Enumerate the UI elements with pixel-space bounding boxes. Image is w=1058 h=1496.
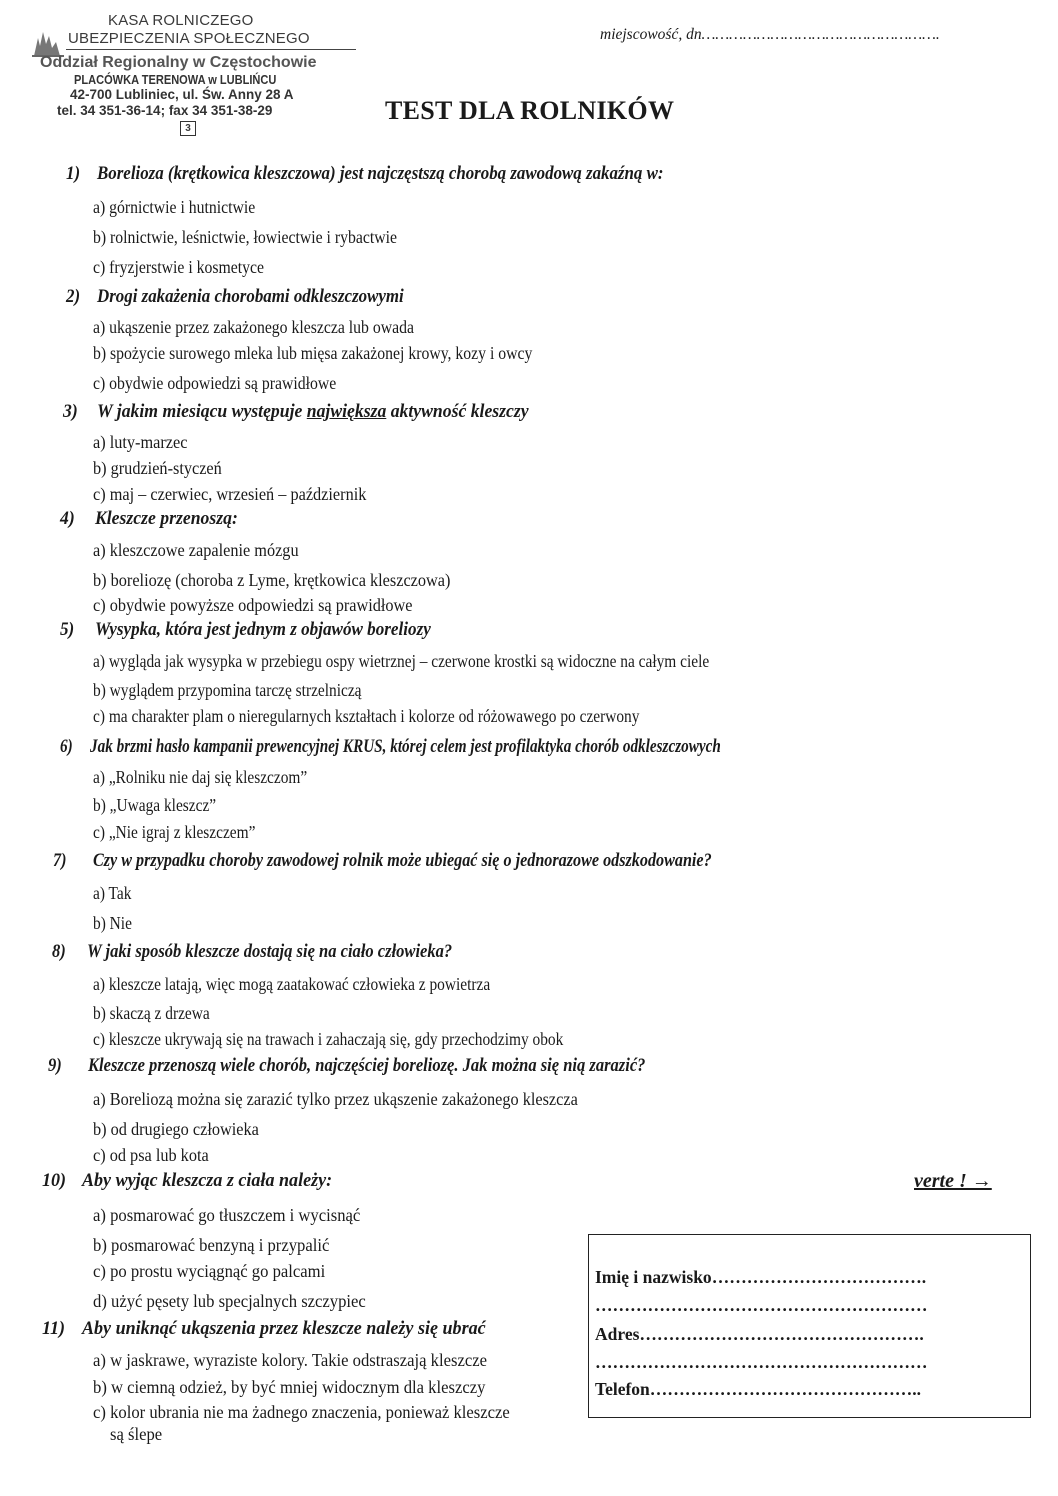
page-title: TEST DLA ROLNIKÓW [385,96,674,126]
question-number: 4) [60,508,95,530]
question-4: 4)Kleszcze przenoszą: [60,508,238,530]
answer-option[interactable]: b) grudzień-styczeń [93,458,222,479]
question-number: 9) [48,1055,88,1077]
answer-option[interactable]: b) Nie [93,913,132,934]
question-text: Drogi zakażenia chorobami odkleszczowymi [97,286,404,307]
question-6: 6)Jak brzmi hasło kampanii prewencyjnej … [60,736,721,758]
question-text: W jaki sposób kleszcze dostają się na ci… [87,941,452,962]
stamp-number: 3 [180,121,196,136]
place-date-label: miejscowość, dn [600,26,702,43]
answer-option[interactable]: d) użyć pęsety lub specjalnych szczypiec [93,1291,366,1312]
stamp-line-5: 42-700 Lubliniec, ul. Św. Anny 28 A [70,87,294,102]
answer-option[interactable]: c) „Nie igraj z kleszczem” [93,822,255,843]
answer-option[interactable]: b) posmarować benzyną i przypalić [93,1235,329,1256]
answer-option[interactable]: c) maj – czerwiec, wrzesień – październi… [93,484,366,505]
question-text: Jak brzmi hasło kampanii prewencyjnej KR… [90,736,721,757]
answer-option[interactable]: c) kleszcze ukrywają się na trawach i za… [93,1029,563,1050]
answer-option[interactable]: b) „Uwaga kleszcz” [93,795,216,816]
answer-option[interactable]: b) skaczą z drzewa [93,1003,210,1024]
question-9: 9)Kleszcze przenoszą wiele chorób, najcz… [48,1055,645,1077]
answer-option[interactable]: a) w jaskrawe, wyraziste kolory. Takie o… [93,1350,487,1371]
place-date-field[interactable]: miejscowość, dn……………………………………………. [600,26,940,44]
question-7: 7)Czy w przypadku choroby zawodowej roln… [53,850,712,872]
stamp-line-1: KASA ROLNICZEGO [108,12,254,29]
name-dots: ………………………………. [712,1267,926,1287]
phone-label: Telefon [595,1379,650,1399]
address-continuation-line[interactable]: ………………………………………………… [595,1352,928,1373]
question-5: 5)Wysypka, która jest jednym z objawów b… [60,619,431,641]
answer-option[interactable]: a) wygląda jak wysypka w przebiegu ospy … [93,651,709,672]
stamp-line-3: Oddział Regionalny w Częstochowie [40,54,316,72]
question-text: Kleszcze przenoszą: [95,508,238,529]
question-text: Czy w przypadku choroby zawodowej rolnik… [93,850,712,871]
answer-option[interactable]: a) górnictwie i hutnictwie [93,197,255,218]
answer-option[interactable]: są ślepe [110,1424,162,1445]
address-label: Adres [595,1324,639,1344]
answer-option[interactable]: b) w ciemną odzież, by być mniej widoczn… [93,1377,485,1398]
answer-option[interactable]: a) kleszczowe zapalenie mózgu [93,540,299,561]
answer-option[interactable]: b) wyglądem przypomina tarczę strzelnicz… [93,680,362,701]
question-text: Borelioza (krętkowica kleszczowa) jest n… [97,163,664,184]
stamp-line-4: PLACÓWKA TERENOWA w LUBLIŃCU [74,72,276,87]
question-number: 1) [66,163,97,185]
address-field[interactable]: Adres…………………………………………. [595,1324,924,1345]
verte-link: verte ! → [914,1170,992,1193]
name-continuation-line[interactable]: ………………………………………………… [595,1295,928,1316]
question-text: Aby uniknąć ukąszenia przez kleszcze nal… [82,1318,486,1339]
question-text: Aby wyjąc kleszcza z ciała należy: [82,1170,332,1191]
question-text: W jakim miesiącu występuje największa ak… [97,401,529,422]
question-number: 11) [42,1318,82,1340]
stamp-divider [66,49,356,50]
name-label: Imię i nazwisko [595,1267,712,1287]
answer-option[interactable]: c) po prostu wyciągnąć go palcami [93,1261,325,1282]
answer-option[interactable]: b) rolnictwie, leśnictwie, łowiectwie i … [93,227,397,248]
phone-dots: ……………………………………….. [650,1379,921,1399]
answer-option[interactable]: a) ukąszenie przez zakażonego kleszcza l… [93,317,414,338]
question-number: 2) [66,286,97,308]
answer-option[interactable]: c) kolor ubrania nie ma żadnego znaczeni… [93,1402,510,1423]
answer-option[interactable]: c) obydwie powyższe odpowiedzi są prawid… [93,595,413,616]
answer-option[interactable]: a) kleszcze latają, więc mogą zaatakować… [93,974,490,995]
phone-field[interactable]: Telefon……………………………………….. [595,1379,921,1400]
answer-option[interactable]: b) boreliozę (choroba z Lyme, krętkowica… [93,570,450,591]
question-number: 6) [60,736,90,758]
name-field[interactable]: Imię i nazwisko………………………………. [595,1267,926,1288]
answer-option[interactable]: a) Boreliozą można się zarazić tylko prz… [93,1089,578,1110]
answer-option[interactable]: b) od drugiego człowieka [93,1119,259,1140]
answer-option[interactable]: a) Tak [93,883,131,904]
question-3: 3)W jakim miesiącu występuje największa … [63,401,529,423]
question-number: 10) [42,1170,82,1192]
question-10: 10)Aby wyjąc kleszcza z ciała należy: [42,1170,332,1192]
place-date-dots: ……………………………………………. [702,26,940,43]
answer-option[interactable]: a) luty-marzec [93,432,187,453]
question-8: 8)W jaki sposób kleszcze dostają się na … [52,941,452,963]
krus-stamp: KASA ROLNICZEGO UBEZPIECZENIA SPOŁECZNEG… [28,10,348,140]
answer-option[interactable]: a) posmarować go tłuszczem i wycisnąć [93,1205,360,1226]
question-number: 8) [52,941,87,963]
address-dots: …………………………………………. [639,1324,923,1344]
question-2: 2)Drogi zakażenia chorobami odkleszczowy… [66,286,404,308]
question-11: 11)Aby uniknąć ukąszenia przez kleszcze … [42,1318,486,1340]
answer-option[interactable]: c) fryzjerstwie i kosmetyce [93,257,264,278]
question-number: 5) [60,619,95,641]
question-text: Kleszcze przenoszą wiele chorób, najczęś… [88,1055,645,1076]
answer-option[interactable]: b) spożycie surowego mleka lub mięsa zak… [93,343,532,364]
answer-option[interactable]: c) obydwie odpowiedzi są prawidłowe [93,373,336,394]
stamp-line-6: tel. 34 351-36-14; fax 34 351-38-29 [57,103,272,118]
question-number: 7) [53,850,93,872]
stamp-line-2: UBEZPIECZENIA SPOŁECZNEGO [68,30,310,47]
question-number: 3) [63,401,97,423]
question-1: 1)Borelioza (krętkowica kleszczowa) jest… [66,163,664,185]
question-text: Wysypka, która jest jednym z objawów bor… [95,619,431,640]
emphasized-word: największa [307,401,387,422]
answer-option[interactable]: a) „Rolniku nie daj się kleszczom” [93,767,307,788]
answer-option[interactable]: c) od psa lub kota [93,1145,209,1166]
answer-option[interactable]: c) ma charakter plam o nieregularnych ks… [93,706,639,727]
contact-box: Imię i nazwisko………………………………. ……………………………… [588,1234,1031,1418]
